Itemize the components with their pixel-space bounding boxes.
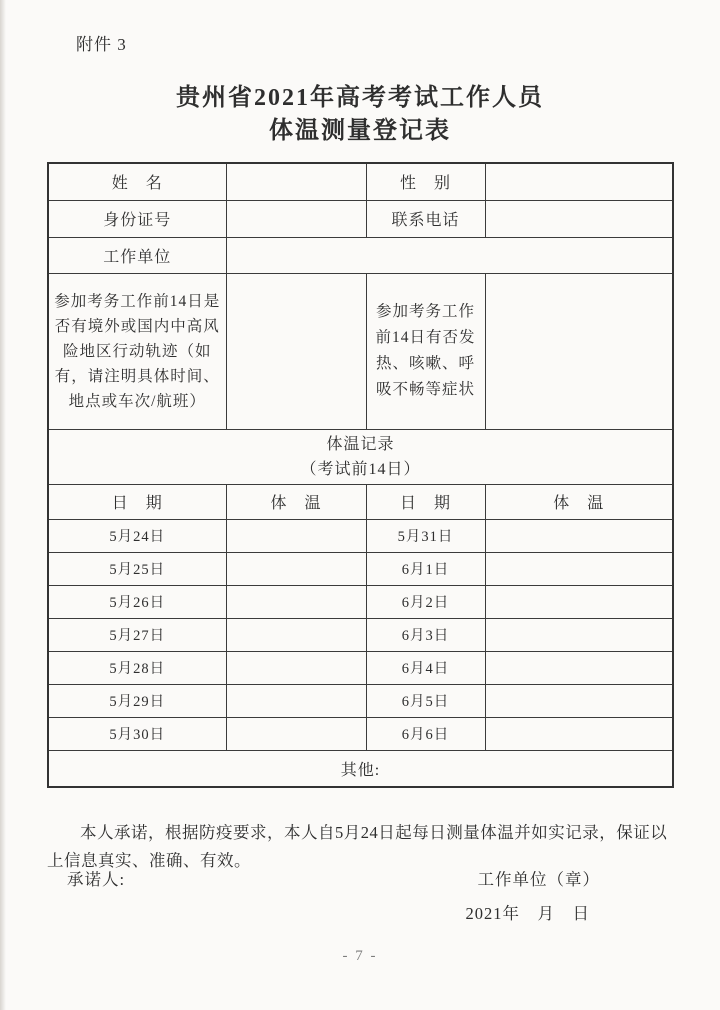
temp-cell <box>226 552 366 585</box>
table-row: 5月27日 6月3日 <box>48 618 673 651</box>
temp-cell <box>485 684 673 717</box>
temp-cell <box>485 717 673 750</box>
symptom-question-label: 参加考务工作前14日有否发热、咳嗽、呼吸不畅等症状 <box>366 273 485 429</box>
temp-cell <box>226 651 366 684</box>
signature-date-line: 2021年 月 日 <box>47 900 675 924</box>
unit-seal-label: 工作单位（章） <box>478 866 676 890</box>
phone-value-cell <box>485 200 673 237</box>
temperature-section-title: 体温记录 <box>53 432 668 457</box>
scanned-form-page: 附件 3 贵州省2021年高考考试工作人员 体温测量登记表 姓 名 性 别 身份… <box>0 0 720 1010</box>
date-cell: 5月25日 <box>48 552 226 585</box>
registration-table: 姓 名 性 别 身份证号 联系电话 工作单位 参加考务工作前14日是否有境外或国… <box>47 162 674 788</box>
temp-cell <box>226 585 366 618</box>
table-row: 5月26日 6月2日 <box>48 585 673 618</box>
name-value-cell <box>226 163 366 200</box>
date-cell: 5月26日 <box>48 585 226 618</box>
promiser-label: 承诺人: <box>47 866 125 890</box>
date-cell: 5月31日 <box>366 519 485 552</box>
date-cell: 5月24日 <box>48 519 226 552</box>
table-row: 其他: <box>48 750 673 787</box>
table-row: 5月29日 6月5日 <box>48 684 673 717</box>
name-label: 姓 名 <box>48 163 226 200</box>
date-cell: 6月2日 <box>366 585 485 618</box>
table-header-row: 日 期 体 温 日 期 体 温 <box>48 484 673 519</box>
id-number-label: 身份证号 <box>48 200 226 237</box>
date-column-header: 日 期 <box>48 484 226 519</box>
table-row: 5月24日 5月31日 <box>48 519 673 552</box>
form-title-line1: 贵州省2021年高考考试工作人员 <box>0 82 720 115</box>
travel-question-label: 参加考务工作前14日是否有境外或国内中高风险地区行动轨迹（如有，请注明具体时间、… <box>48 273 226 429</box>
gender-value-cell <box>485 163 673 200</box>
other-label: 其他: <box>48 750 673 787</box>
attachment-label: 附件 3 <box>76 30 127 55</box>
table-row: 参加考务工作前14日是否有境外或国内中高风险地区行动轨迹（如有，请注明具体时间、… <box>48 273 673 429</box>
temperature-section-subtitle: （考试前14日） <box>53 457 668 482</box>
travel-answer-cell <box>226 273 366 429</box>
gender-label: 性 别 <box>366 163 485 200</box>
table-row: 身份证号 联系电话 <box>48 200 673 237</box>
table-row: 姓 名 性 别 <box>48 163 673 200</box>
date-cell: 5月27日 <box>48 618 226 651</box>
id-number-value-cell <box>226 200 366 237</box>
table-row: 5月30日 6月6日 <box>48 717 673 750</box>
symptom-answer-cell <box>485 273 673 429</box>
temp-cell <box>226 717 366 750</box>
signature-row: 承诺人: 工作单位（章） <box>47 866 675 890</box>
temp-cell <box>485 585 673 618</box>
date-cell: 6月1日 <box>366 552 485 585</box>
work-unit-label: 工作单位 <box>48 237 226 273</box>
table-row: 体温记录 （考试前14日） <box>48 429 673 484</box>
temp-column-header: 体 温 <box>226 484 366 519</box>
temp-cell <box>485 651 673 684</box>
table-row: 工作单位 <box>48 237 673 273</box>
form-title-line2: 体温测量登记表 <box>0 115 720 148</box>
form-title: 贵州省2021年高考考试工作人员 体温测量登记表 <box>0 82 720 148</box>
temp-column-header: 体 温 <box>485 484 673 519</box>
date-cell: 5月30日 <box>48 717 226 750</box>
temp-cell <box>226 618 366 651</box>
page-number: - 7 - <box>0 948 720 965</box>
date-cell: 6月5日 <box>366 684 485 717</box>
temp-cell <box>485 618 673 651</box>
temp-cell <box>485 552 673 585</box>
date-cell: 6月4日 <box>366 651 485 684</box>
date-cell: 5月29日 <box>48 684 226 717</box>
phone-label: 联系电话 <box>366 200 485 237</box>
table-row: 5月28日 6月4日 <box>48 651 673 684</box>
date-column-header: 日 期 <box>366 484 485 519</box>
temperature-section-header: 体温记录 （考试前14日） <box>48 429 673 484</box>
table-row: 5月25日 6月1日 <box>48 552 673 585</box>
temp-cell <box>485 519 673 552</box>
scan-edge-shadow <box>0 0 6 1010</box>
temp-cell <box>226 519 366 552</box>
date-cell: 6月3日 <box>366 618 485 651</box>
date-cell: 5月28日 <box>48 651 226 684</box>
date-cell: 6月6日 <box>366 717 485 750</box>
work-unit-value-cell <box>226 237 673 273</box>
temp-cell <box>226 684 366 717</box>
